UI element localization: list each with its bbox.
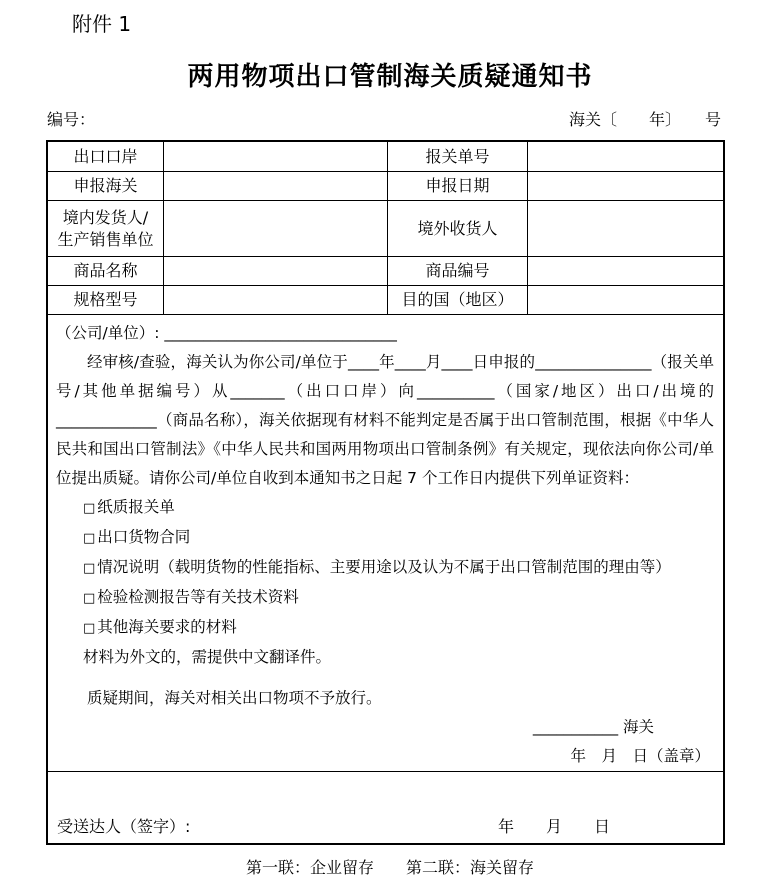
checklist-item-other-materials: □其他海关要求的材料	[83, 613, 714, 643]
notice-body: （公司/单位）: ______________________________ …	[48, 315, 723, 772]
stamp-date-line: 年 月 日（盖章）	[56, 742, 714, 771]
value-goods-code[interactable]	[528, 257, 723, 286]
form-table: 出口口岸 报关单号 申报海关 申报日期 境内发货人/ 生产销售单位 境外收货人 …	[46, 140, 725, 845]
recipient-signature-label[interactable]: 受送达人（签字）:	[57, 814, 190, 837]
value-declaration-number[interactable]	[528, 142, 723, 172]
checkbox-icon[interactable]: □	[83, 584, 95, 613]
hold-notice: 质疑期间，海关对相关出口物项不予放行。	[56, 684, 714, 713]
customs-signature-blank[interactable]: ___________	[533, 718, 618, 736]
label-goods-name: 商品名称	[48, 257, 164, 286]
company-blank-line[interactable]: ______________________________	[164, 324, 397, 342]
checklist-item-paper-declaration: □纸质报关单	[83, 493, 714, 523]
label-destination-country: 目的国（地区）	[388, 286, 528, 315]
value-overseas-consignee[interactable]	[528, 201, 723, 257]
label-goods-code: 商品编号	[388, 257, 528, 286]
checklist-item-label: 检验检测报告等有关技术资料	[97, 588, 299, 606]
label-domestic-consignor: 境内发货人/ 生产销售单位	[48, 201, 164, 257]
label-declaring-customs: 申报海关	[48, 172, 164, 201]
value-export-port[interactable]	[164, 142, 388, 172]
checklist-item-label: 其他海关要求的材料	[97, 618, 237, 636]
value-specification-model[interactable]	[164, 286, 388, 315]
recipient-section: 受送达人（签字）: 年 月 日	[48, 772, 723, 845]
value-declaring-customs[interactable]	[164, 172, 388, 201]
company-line: （公司/单位）: ______________________________	[56, 319, 714, 348]
value-declaration-date[interactable]	[528, 172, 723, 201]
label-export-port: 出口口岸	[48, 142, 164, 172]
document-number-row: 编号： 海关〔 年〕 号	[47, 107, 721, 130]
checkbox-icon[interactable]: □	[83, 494, 95, 523]
checklist-item-situation-statement: □情况说明（载明货物的性能指标、主要用途以及认为不属于出口管制范围的理由等）	[83, 553, 714, 583]
required-documents-checklist: □纸质报关单 □出口货物合同 □情况说明（载明货物的性能指标、主要用途以及认为不…	[83, 493, 714, 643]
notice-document: 附件 1 两用物项出口管制海关质疑通知书 编号： 海关〔 年〕 号 出口口岸 报…	[0, 0, 780, 882]
checklist-item-label: 情况说明（载明货物的性能指标、主要用途以及认为不属于出口管制范围的理由等）	[97, 558, 671, 576]
company-label: （公司/单位）:	[56, 324, 164, 342]
copy-distribution-note: 第一联：企业留存 第二联：海关留存	[0, 855, 780, 878]
label-declaration-number: 报关单号	[388, 142, 528, 172]
customs-signature-line: ___________ 海关	[56, 713, 714, 742]
recipient-date-line: 年 月 日	[498, 814, 610, 837]
checklist-item-inspection-report: □检验检测报告等有关技术资料	[83, 583, 714, 613]
checklist-item-label: 出口货物合同	[97, 528, 190, 546]
label-overseas-consignee: 境外收货人	[388, 201, 528, 257]
customs-signature-suffix: 海关	[618, 718, 654, 736]
translation-note: 材料为外文的，需提供中文翻译件。	[83, 643, 714, 672]
label-specification-model: 规格型号	[48, 286, 164, 315]
value-goods-name[interactable]	[164, 257, 388, 286]
page-title: 两用物项出口管制海关质疑通知书	[0, 56, 780, 93]
value-destination-country[interactable]	[528, 286, 723, 315]
reference-number: 海关〔 年〕 号	[569, 107, 721, 130]
document-number-label: 编号：	[47, 107, 95, 130]
checklist-item-label: 纸质报关单	[97, 498, 175, 516]
value-domestic-consignor[interactable]	[164, 201, 388, 257]
checkbox-icon[interactable]: □	[83, 524, 95, 553]
attachment-label: 附件 1	[72, 8, 131, 37]
label-declaration-date: 申报日期	[388, 172, 528, 201]
info-grid: 出口口岸 报关单号 申报海关 申报日期 境内发货人/ 生产销售单位 境外收货人 …	[48, 142, 723, 315]
checkbox-icon[interactable]: □	[83, 554, 95, 583]
checkbox-icon[interactable]: □	[83, 614, 95, 643]
checklist-item-export-contract: □出口货物合同	[83, 523, 714, 553]
notice-paragraph: 经审核/查验，海关认为你公司/单位于____年____月____日申报的____…	[56, 348, 714, 493]
